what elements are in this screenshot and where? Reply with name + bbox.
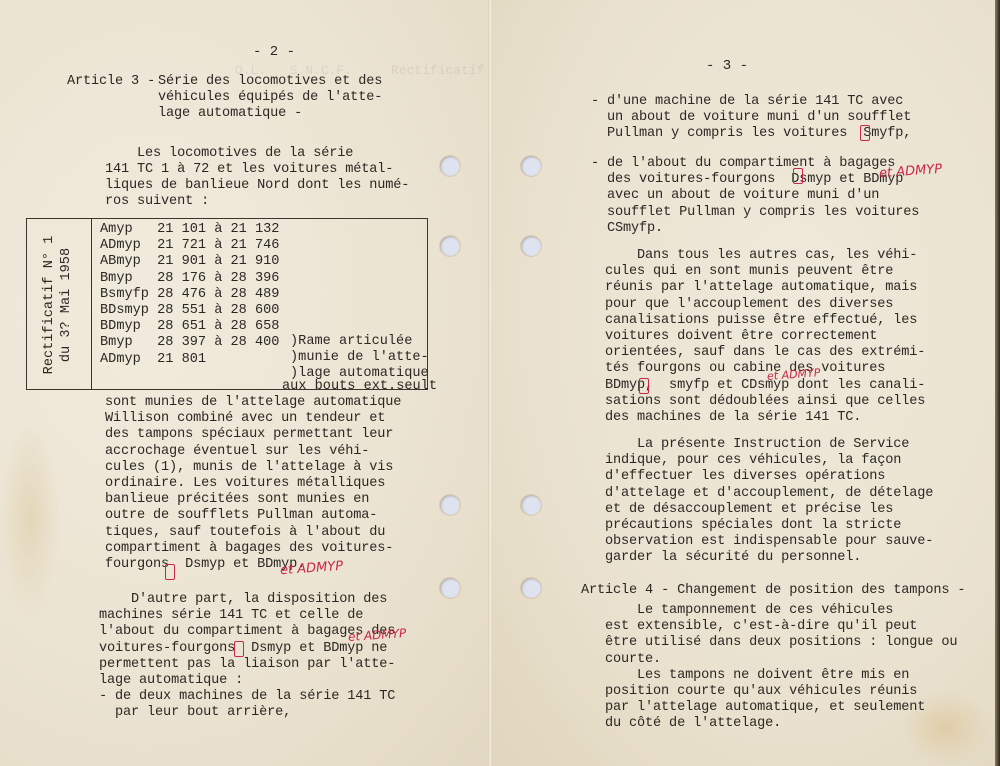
article-4-line: par l'attelage automatique, et seulement — [605, 700, 925, 716]
bullet-line: soufflet Pullman y compris les voitures — [591, 205, 919, 221]
vehicle-row: ADmyp 21 801 — [100, 352, 206, 368]
paragraph-line: précautions spéciales dont la stricte — [605, 518, 901, 534]
body-line: machines série 141 TC et celle de — [99, 608, 363, 624]
body-line: outre de soufflets Pullman automa- — [105, 508, 377, 524]
vehicle-row: Bsmyfp 28 476 à 28 489 — [100, 287, 279, 303]
paragraph-line: sations sont dédoublées ainsi que celles — [605, 394, 925, 410]
bullet-line: des voitures-fourgons Dsmyp et BDmyp — [591, 172, 903, 188]
paragraph-line: Dans tous les autres cas, les véhi- — [605, 248, 917, 264]
paragraph-line: canalisations puisse être effectué, les — [605, 313, 917, 329]
vehicle-row: BDmyp 28 651 à 28 658 — [100, 319, 279, 335]
bullet-line: CSmyfp. — [591, 221, 663, 237]
article-4-line: Le tamponnement de ces véhicules — [605, 603, 893, 619]
article-3-title-2: véhicules équipés de l'atte- — [158, 90, 382, 106]
body-line: fourgons Dsmyp et BDmyp. — [105, 557, 305, 573]
handwritten-annotation: et ADMYP — [348, 626, 407, 644]
handwritten-annotation: et ADMYP — [879, 162, 943, 181]
article-4-line: du côté de l'attelage. — [605, 716, 781, 732]
correction-box-mark — [860, 125, 870, 141]
article-4-line: être utilisé dans deux positions : longu… — [605, 635, 957, 651]
paragraph-line: voitures doivent être correctement — [605, 329, 877, 345]
note-line: )munie de l'atte- — [290, 350, 429, 366]
body-line: ordinaire. Les voitures métalliques — [105, 476, 385, 492]
punch-hole — [521, 236, 541, 256]
paragraph-line: cules qui en sont munis peuvent être — [605, 264, 893, 280]
handwritten-annotation: et ADMYP — [280, 559, 344, 578]
correction-box-mark — [793, 168, 803, 184]
body-line: Willison combiné avec un tendeur et — [105, 411, 385, 427]
article-4-line: est extensible, c'est-à-dire qu'il peut — [605, 619, 917, 635]
note-line: )Rame articulée — [290, 334, 412, 350]
body-line: permettent pas la liaison par l'atte- — [99, 657, 395, 673]
vehicle-row: ADmyp 21 721 à 21 746 — [100, 238, 279, 254]
body-line: accrochage éventuel sur les véhi- — [105, 444, 369, 460]
article-4-line: courte. — [605, 652, 661, 668]
vehicle-row: BDsmyp 28 551 à 28 600 — [100, 303, 279, 319]
paragraph-line: observation est indispensable pour sauve… — [605, 534, 933, 550]
vehicle-row: Amyp 21 101 à 21 132 — [100, 222, 279, 238]
body-line: par leur bout arrière, — [99, 705, 291, 721]
paragraph-line: des machines de la série 141 TC. — [605, 410, 861, 426]
paragraph-line: garder la sécurité du personnel. — [605, 550, 861, 566]
bullet-line: avec un about de voiture muni d'un — [591, 188, 879, 204]
note-line: aux bouts ext.seult — [282, 379, 437, 395]
paragraph-line: d'attelage et d'accouplement, de dételag… — [605, 486, 933, 502]
punch-hole — [521, 156, 541, 176]
intro-line: liques de banlieue Nord dont les numé- — [105, 178, 409, 194]
left-page: O.L. S.N.C.F. Rectificatif N° 1 - 2 - Ar… — [0, 0, 491, 766]
article-3-label: Article 3 - — [67, 74, 155, 90]
bullet-line: - de l'about du compartiment à bagages — [591, 156, 895, 172]
paragraph-line: La présente Instruction de Service — [605, 437, 909, 453]
intro-line: 141 TC 1 à 72 et les voitures métal- — [105, 162, 393, 178]
punch-hole — [521, 578, 541, 598]
article-3-title-3: lage automatique - — [158, 106, 302, 122]
rectificatif-label: Rectificatif N° 1 du 3? Mai 1958 — [41, 225, 77, 385]
paragraph-line: pour que l'accouplement des diverses — [605, 297, 893, 313]
right-page: - 3 - - d'une machine de la série 141 TC… — [491, 0, 995, 766]
body-line: compartiment à bagages des voitures- — [105, 541, 393, 557]
body-line: cules (1), munis de l'attelage à vis — [105, 460, 393, 476]
paragraph-line: orientées, sauf dans le cas des extrémi- — [605, 345, 925, 361]
paragraph-line: et de désaccouplement et précise les — [605, 502, 893, 518]
page-number: - 2 - — [253, 44, 295, 60]
punch-hole — [440, 495, 460, 515]
correction-box-mark — [165, 564, 175, 580]
article-4-line: Les tampons ne doivent être mis en — [605, 668, 909, 684]
rectificatif-date: du 3? Mai 1958 — [59, 248, 74, 362]
paragraph-line: d'effectuer les diverses opérations — [605, 469, 885, 485]
article-4-line: position courte qu'aux véhicules réunis — [605, 684, 917, 700]
paper-stain — [0, 420, 60, 620]
vehicle-row: Bmyp 28 176 à 28 396 — [100, 271, 279, 287]
paragraph-line: tés fourgons ou cabine des voitures — [605, 361, 885, 377]
bullet-line: - d'une machine de la série 141 TC avec — [591, 94, 903, 110]
body-line: - de deux machines de la série 141 TC — [99, 689, 395, 705]
book-edge — [995, 0, 1000, 766]
paragraph-line: indique, pour ces véhicules, la façon — [605, 453, 901, 469]
vehicle-row: Bmyp 28 397 à 28 400 — [100, 335, 279, 351]
box-divider — [91, 219, 92, 389]
intro-line: Les locomotives de la série — [105, 146, 353, 162]
punch-hole — [521, 495, 541, 515]
body-line: banlieue précitées sont munies en — [105, 492, 369, 508]
article-3-title-1: Série des locomotives et des — [158, 74, 382, 90]
body-line: tiques, sauf toutefois à l'about du — [105, 525, 385, 541]
rectificatif-number: Rectificatif N° 1 — [42, 236, 57, 375]
vehicle-row: ABmyp 21 901 à 21 910 — [100, 254, 279, 270]
punch-hole — [440, 236, 460, 256]
correction-box-mark — [639, 378, 649, 394]
paragraph-line: BDmyp, smyfp et CDsmyp dont les canali- — [605, 378, 925, 394]
punch-hole — [440, 156, 460, 176]
body-line: lage automatique : — [99, 673, 243, 689]
bullet-line: un about de voiture muni d'un soufflet — [591, 110, 911, 126]
body-line: D'autre part, la disposition des — [99, 592, 387, 608]
page-number: - 3 - — [706, 58, 748, 74]
rectificatif-box: Rectificatif N° 1 du 3? Mai 1958 Amyp 21… — [26, 218, 428, 390]
intro-line: ros suivent : — [105, 194, 209, 210]
correction-box-mark — [234, 641, 244, 657]
body-line: sont munies de l'attelage automatique — [105, 395, 401, 411]
body-line: des tampons spéciaux permettant leur — [105, 427, 393, 443]
article-4-heading: Article 4 - Changement de position des t… — [581, 583, 965, 599]
paragraph-line: réunis par l'attelage automatique, mais — [605, 280, 917, 296]
punch-hole — [440, 578, 460, 598]
